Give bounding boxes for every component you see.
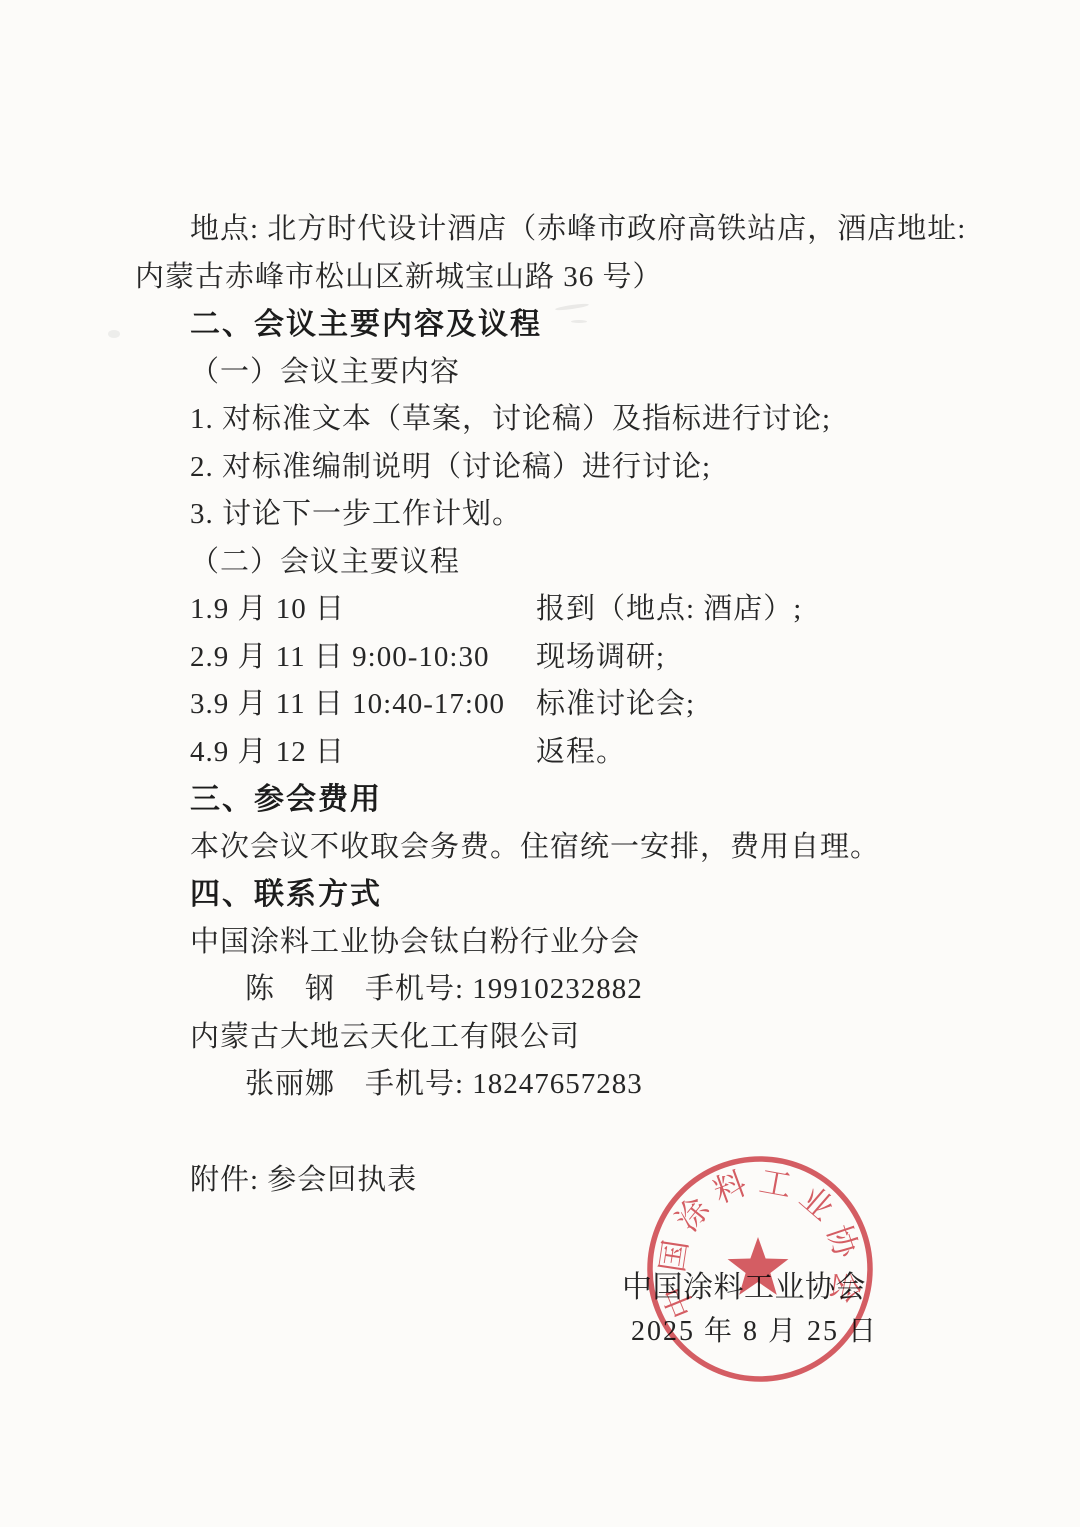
schedule-time: 1.9 月 10 日	[190, 586, 536, 634]
text-line: 3. 讨论下一步工作计划。	[135, 491, 990, 539]
text-line: 本次会议不收取会务费。住宿统一安排，费用自理。	[135, 824, 990, 872]
text-line: 中国涂料工业协会钛白粉行业分会	[135, 919, 990, 967]
schedule-row: 3.9 月 11 日 10:40-17:00标准讨论会;	[135, 681, 990, 729]
schedule-activity: 返程。	[536, 736, 626, 768]
seal-arc-character: 料	[709, 1165, 752, 1210]
seal-arc-character: 协	[820, 1220, 865, 1263]
text-line: 内蒙古赤峰市松山区新城宝山路 36 号）	[135, 254, 990, 302]
schedule-activity: 现场调研;	[536, 641, 665, 673]
text-line: 2. 对标准编制说明（讨论稿）进行讨论;	[135, 444, 990, 492]
text-line: 张丽娜 手机号: 18247657283	[135, 1061, 990, 1109]
text-line: （一）会议主要内容	[135, 349, 990, 397]
text-line: 陈 钢 手机号: 19910232882	[135, 966, 990, 1014]
document-body: 地点: 北方时代设计酒店（赤峰市政府高铁站店，酒店地址:内蒙古赤峰市松山区新城宝…	[135, 206, 990, 1204]
text-line: 1. 对标准文本（草案，讨论稿）及指标进行讨论;	[135, 396, 990, 444]
schedule-time: 2.9 月 11 日 9:00-10:30	[190, 634, 536, 682]
scan-noise-speck	[571, 320, 587, 323]
section-heading: 三、参会费用	[135, 776, 990, 824]
text-line: （二）会议主要议程	[135, 539, 990, 587]
schedule-time: 3.9 月 11 日 10:40-17:00	[190, 681, 536, 729]
star-icon	[728, 1237, 789, 1295]
seal-arc-character: 工	[757, 1163, 795, 1204]
scan-noise-speck	[108, 330, 120, 338]
schedule-row: 2.9 月 11 日 9:00-10:30现场调研;	[135, 634, 990, 682]
schedule-row: 4.9 月 12 日返程。	[135, 729, 990, 777]
seal-arc-character: 国	[654, 1238, 694, 1275]
section-heading: 四、联系方式	[135, 871, 990, 919]
text-line: 内蒙古大地云天化工有限公司	[135, 1014, 990, 1062]
text-line: 地点: 北方时代设计酒店（赤峰市政府高铁站店，酒店地址:	[135, 206, 990, 254]
schedule-activity: 标准讨论会;	[536, 688, 695, 720]
seal-arc-character: 会	[824, 1268, 866, 1307]
schedule-time: 4.9 月 12 日	[190, 729, 536, 777]
association-seal-stamp: 中国涂料工业协会	[643, 1152, 877, 1386]
schedule-activity: 报到（地点: 酒店）;	[536, 593, 802, 625]
schedule-row: 1.9 月 10 日报到（地点: 酒店）;	[135, 586, 990, 634]
document-page: 地点: 北方时代设计酒店（赤峰市政府高铁站店，酒店地址:内蒙古赤峰市松山区新城宝…	[0, 0, 1080, 1527]
